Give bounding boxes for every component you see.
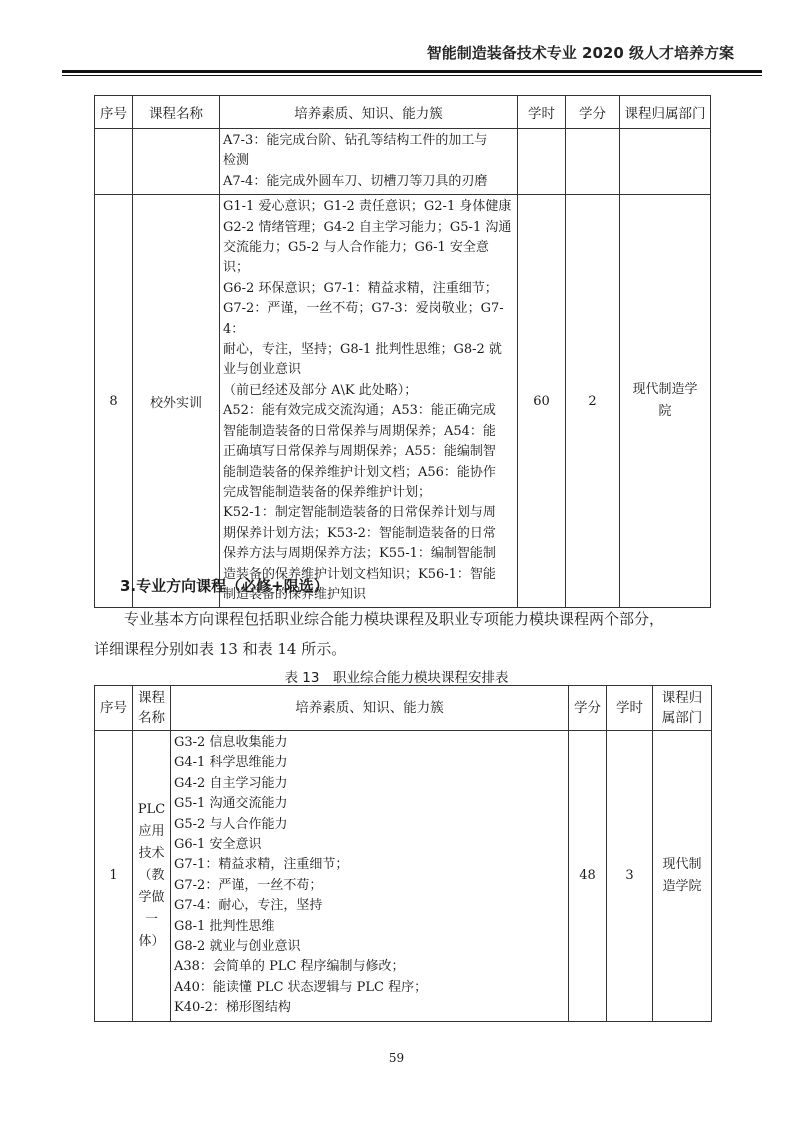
paragraph-line: 详细课程分别如表 13 和表 14 所示。 — [94, 634, 714, 664]
competency-line: 交流能力；G5-2 与人合作能力；G6-1 安全意识； — [223, 238, 514, 279]
course-table-continued: 序号 课程名称 培养素质、知识、能力簇 学时 学分 课程归属部门 A7-3：能完… — [94, 95, 711, 608]
cell-credits: 48 — [569, 731, 607, 1022]
competency-line: 能制造装备的保养维护计划文档；A56：能协作 — [223, 463, 514, 483]
col-header-hours: 学时 — [607, 686, 653, 731]
competency-line: A38：会简单的 PLC 程序编制与修改； — [174, 957, 565, 977]
col-header-competency: 培养素质、知识、能力簇 — [220, 96, 518, 129]
cell-no: 1 — [95, 731, 133, 1022]
competency-line: G7-2：严谨，一丝不苟； — [174, 876, 565, 896]
competency-line: G6-2 环保意识；G7-1：精益求精，注重细节； — [223, 279, 514, 299]
name-line: 体） — [133, 931, 170, 953]
competency-line: G5-1 沟通交流能力 — [174, 794, 565, 814]
competency-line: G4-2 自主学习能力 — [174, 774, 565, 794]
cell-department — [620, 129, 711, 195]
cell-name — [133, 129, 220, 195]
competency-line: G6-1 安全意识 — [174, 835, 565, 855]
col-header-course-name: 课程 名称 — [133, 686, 171, 731]
name-line: 应用 — [133, 821, 170, 843]
name-line: 一 — [133, 909, 170, 931]
competency-line: 期保养计划方法；K53-2：智能制造装备的日常 — [223, 524, 514, 544]
competency-line: 完成智能制造装备的保养维护计划； — [223, 483, 514, 503]
competency-line: G2-2 情绪管理；G4-2 自主学习能力；G5-1 沟通 — [223, 218, 514, 238]
department-line: 造学院 — [653, 876, 711, 898]
table-row-continuation: A7-3：能完成台阶、钻孔等结构工件的加工与 检测 A7-4：能完成外圆车刀、切… — [95, 129, 711, 195]
paragraph-line: 专业基本方向课程包括职业综合能力模块课程及职业专项能力模块课程两个部分， — [94, 604, 714, 634]
name-line: 技术 — [133, 843, 170, 865]
table-header-row: 序号 课程 名称 培养素质、知识、能力簇 学分 学时 课程归 属部门 — [95, 686, 712, 731]
header-line: 课程 — [133, 688, 170, 708]
competency-line: G1-1 爱心意识；G1-2 责任意识；G2-1 身体健康 — [223, 197, 514, 217]
competency-line: K40-2：梯形图结构 — [174, 998, 565, 1018]
col-header-no: 序号 — [95, 96, 133, 129]
competency-line: G3-2 信息收集能力 — [174, 733, 565, 753]
page-header-title: 智能制造装备技术专业 2020 级人才培养方案 — [0, 42, 734, 63]
department-line: 现代制 — [653, 854, 711, 876]
cell-hours: 3 — [607, 731, 653, 1022]
competency-line: G8-2 就业与创业意识 — [174, 937, 565, 957]
col-header-hours: 学时 — [518, 96, 566, 129]
competency-line: G8-1 批判性思维 — [174, 917, 565, 937]
col-header-course-name: 课程名称 — [133, 96, 220, 129]
competency-line: G4-1 科学思维能力 — [174, 753, 565, 773]
body-paragraph: 专业基本方向课程包括职业综合能力模块课程及职业专项能力模块课程两个部分， 详细课… — [94, 604, 714, 664]
cell-name: PLC 应用 技术 （教 学做 一 体） — [133, 731, 171, 1022]
cell-name: 校外实训 — [133, 195, 220, 608]
cell-hours: 60 — [518, 195, 566, 608]
competency-line: 正确填写日常保养与周期保养；A55：能编制智 — [223, 442, 514, 462]
header-line: 属部门 — [653, 708, 711, 728]
cell-hours — [518, 129, 566, 195]
cell-no: 8 — [95, 195, 133, 608]
col-header-credits: 学分 — [566, 96, 620, 129]
cell-competency: G1-1 爱心意识；G1-2 责任意识；G2-1 身体健康 G2-2 情绪管理；… — [220, 195, 518, 608]
section-heading: 3.专业方向课程（必修+限选） — [120, 575, 329, 596]
table-caption: 表 13 职业综合能力模块课程安排表 — [0, 666, 793, 686]
competency-line: 检测 — [223, 151, 514, 171]
competency-line: G5-2 与人合作能力 — [174, 815, 565, 835]
header-line: 课程归 — [653, 688, 711, 708]
competency-line: A52：能有效完成交流沟通；A53：能正确完成 — [223, 401, 514, 421]
cell-no — [95, 129, 133, 195]
course-arrangement-table-13: 序号 课程 名称 培养素质、知识、能力簇 学分 学时 课程归 属部门 1 PLC… — [94, 685, 712, 1022]
cell-competency: A7-3：能完成台阶、钻孔等结构工件的加工与 检测 A7-4：能完成外圆车刀、切… — [220, 129, 518, 195]
table-row: 8 校外实训 G1-1 爱心意识；G1-2 责任意识；G2-1 身体健康 G2-… — [95, 195, 711, 608]
header-line: 名称 — [133, 708, 170, 728]
cell-department: 现代制造学 院 — [620, 195, 711, 608]
competency-line: 保养方法与周期保养方法；K55-1：编制智能制 — [223, 544, 514, 564]
competency-line: A7-3：能完成台阶、钻孔等结构工件的加工与 — [223, 131, 514, 151]
col-header-department: 课程归属部门 — [620, 96, 711, 129]
page-number: 59 — [0, 1051, 793, 1065]
competency-line: K52-1：制定智能制造装备的日常保养计划与周 — [223, 503, 514, 523]
cell-competency: G3-2 信息收集能力 G4-1 科学思维能力 G4-2 自主学习能力 G5-1… — [171, 731, 569, 1022]
competency-line: （前已经述及部分 A\K 此处略）； — [223, 381, 514, 401]
competency-line: G7-1：精益求精，注重细节； — [174, 855, 565, 875]
competency-line: 业与创业意识 — [223, 360, 514, 380]
cell-department: 现代制 造学院 — [653, 731, 712, 1022]
competency-line: A7-4：能完成外圆车刀、切槽刀等刀具的刃磨 — [223, 172, 514, 192]
table-header-row: 序号 课程名称 培养素质、知识、能力簇 学时 学分 课程归属部门 — [95, 96, 711, 129]
col-header-competency: 培养素质、知识、能力簇 — [171, 686, 569, 731]
name-line: 学做 — [133, 887, 170, 909]
col-header-department: 课程归 属部门 — [653, 686, 712, 731]
competency-line: 耐心，专注，坚持；G8-1 批判性思维；G8-2 就 — [223, 340, 514, 360]
department-line: 现代制造学 — [620, 379, 710, 401]
competency-line: G7-2：严谨，一丝不苟；G7-3：爱岗敬业；G7-4： — [223, 299, 514, 340]
cell-credits: 2 — [566, 195, 620, 608]
competency-line: 智能制造装备的日常保养与周期保养；A54：能 — [223, 422, 514, 442]
table-row: 1 PLC 应用 技术 （教 学做 一 体） G3-2 信息收集能力 G4-1 … — [95, 731, 712, 1022]
header-rule-thin — [62, 75, 762, 76]
competency-line: G7-4：耐心，专注，坚持 — [174, 896, 565, 916]
name-line: PLC — [133, 799, 170, 821]
name-line: （教 — [133, 865, 170, 887]
cell-credits — [566, 129, 620, 195]
header-rule-thick — [62, 70, 762, 73]
department-line: 院 — [620, 401, 710, 423]
col-header-credits: 学分 — [569, 686, 607, 731]
col-header-no: 序号 — [95, 686, 133, 731]
competency-line: A40：能读懂 PLC 状态逻辑与 PLC 程序； — [174, 978, 565, 998]
